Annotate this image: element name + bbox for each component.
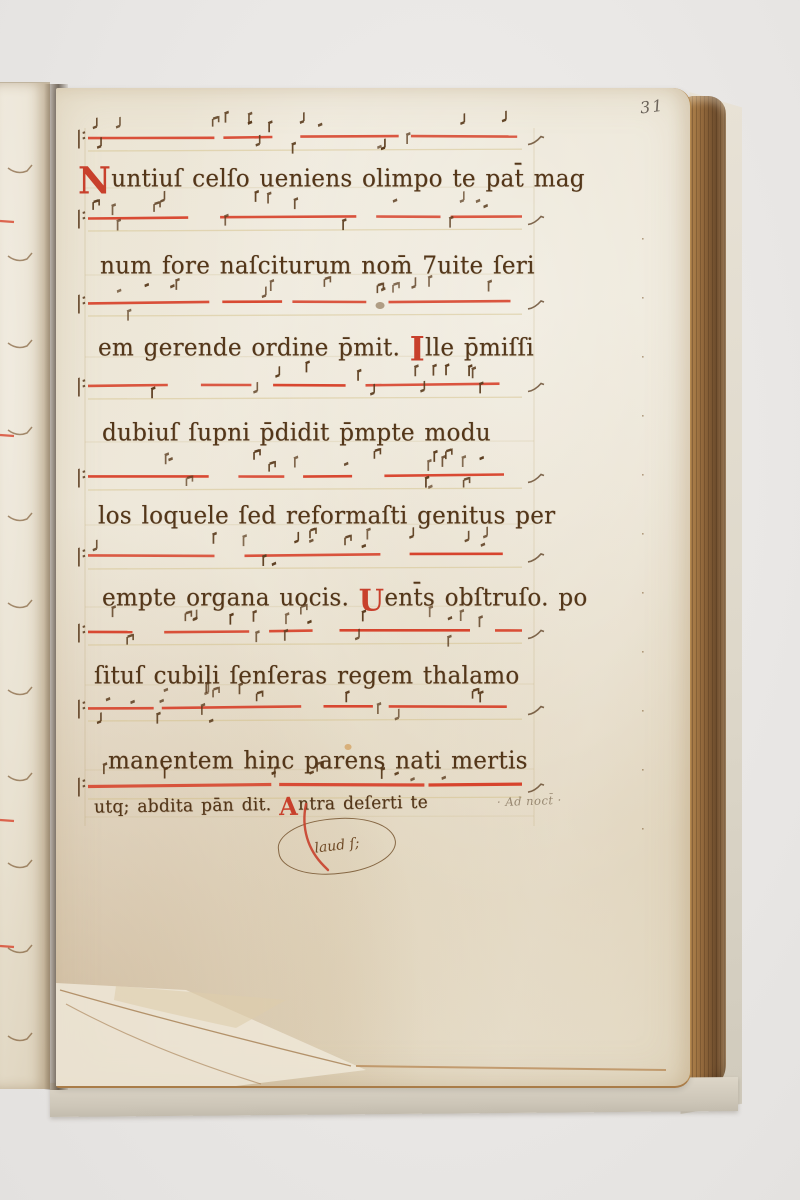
custos-mark <box>528 784 544 792</box>
neume <box>262 554 267 566</box>
neume <box>342 218 347 230</box>
facing-page-mark <box>8 427 32 434</box>
neume <box>476 199 481 203</box>
neume <box>449 216 454 228</box>
neume <box>144 283 149 287</box>
neume <box>168 457 173 461</box>
neume <box>209 719 214 723</box>
neume <box>445 363 450 375</box>
neume <box>345 690 350 702</box>
neume <box>427 459 432 471</box>
pricking-dot <box>642 356 644 358</box>
neume <box>425 476 430 488</box>
neume <box>185 610 193 621</box>
facing-page-mark <box>8 687 32 694</box>
neume <box>253 449 261 460</box>
custos-mark <box>528 383 544 391</box>
neume <box>461 455 466 467</box>
neume <box>126 634 134 645</box>
neume <box>97 712 102 724</box>
pricking-dot <box>642 592 644 594</box>
clef-mark <box>78 130 85 149</box>
verse-text: ſituſ cubili ſenſeras regem thalamo <box>94 662 519 689</box>
custos-mark <box>528 137 544 145</box>
custos-mark <box>528 554 544 562</box>
neume <box>441 776 446 780</box>
neume <box>151 386 156 398</box>
red-initial-u: U <box>359 582 385 617</box>
neume <box>159 699 164 703</box>
neume <box>224 214 229 226</box>
facing-page-mark <box>8 860 32 867</box>
margin-note: · Ad noct̄ · <box>497 793 562 809</box>
clef-mark <box>78 295 85 314</box>
neume <box>420 381 425 393</box>
neume <box>307 620 312 624</box>
facing-page-mark <box>8 773 32 780</box>
neume <box>483 204 488 208</box>
verse-text: untiuſ celſo ueniens olimpo te pat̄ mag <box>111 165 585 192</box>
neume <box>93 540 98 552</box>
facing-page-mark <box>0 820 14 821</box>
verse-line: dubiuſ ſupni p̄didit p̄mpte modu <box>102 419 491 446</box>
neume <box>305 360 310 372</box>
neume <box>406 132 411 144</box>
neume <box>481 543 486 547</box>
facing-page-sliver <box>0 82 50 1089</box>
neume <box>285 612 290 624</box>
music-system <box>74 271 554 335</box>
facing-page-mark <box>8 253 32 260</box>
facing-page-mark <box>8 165 32 172</box>
neume <box>269 279 274 291</box>
verse-line: ſituſ cubili ſenſeras regem thalamo <box>94 662 519 689</box>
neume <box>268 120 273 132</box>
pricking-dot <box>642 710 644 712</box>
neume <box>381 139 386 151</box>
facing-page-mark <box>0 946 14 947</box>
verse-text: num fore naſciturum nom̄ 7uite ſeri <box>100 252 535 279</box>
neume <box>156 712 161 724</box>
neume <box>93 117 98 129</box>
verse-line: em gerende ordine p̄mit. Ille p̄miſſi <box>98 334 534 361</box>
neume <box>175 278 180 290</box>
facing-page-mark <box>8 340 32 347</box>
verse-text: empte organa uocis. <box>102 584 359 611</box>
manuscript-photo: { "folio_number": "31", "margin_note": "… <box>0 0 800 1200</box>
neume <box>212 532 217 544</box>
neume <box>441 455 446 467</box>
neume <box>377 282 385 293</box>
neume <box>275 366 280 378</box>
facing-page-mark <box>8 1033 32 1040</box>
neume <box>212 116 220 127</box>
neume <box>117 289 122 293</box>
neume <box>293 456 298 468</box>
verse-text: los loquele ſed reformaſti genitus per <box>98 502 555 529</box>
neume <box>344 534 352 545</box>
facing-page-mark <box>8 600 32 607</box>
neume <box>478 615 483 627</box>
neume <box>293 197 298 209</box>
neume <box>433 450 438 462</box>
pricking-dot <box>642 828 644 830</box>
music-system <box>74 445 554 509</box>
neume <box>272 562 277 566</box>
neume <box>127 309 132 321</box>
neume <box>479 381 484 393</box>
neume <box>460 191 465 203</box>
neume <box>130 700 135 704</box>
neume <box>393 198 398 202</box>
neume <box>395 709 400 721</box>
pricking-dot <box>642 474 644 476</box>
neume <box>432 364 437 376</box>
verse-line: manentem hinc parens nati mertis <box>108 747 528 774</box>
neume <box>253 382 258 394</box>
neume <box>283 629 288 641</box>
neume <box>300 112 305 124</box>
neume <box>448 616 453 620</box>
pricking-dot <box>642 769 644 771</box>
verse-text: lle p̄miſſi <box>425 334 534 361</box>
neume <box>291 142 296 154</box>
neume <box>410 777 415 781</box>
neume <box>201 703 206 715</box>
neume <box>106 697 111 701</box>
verse-line: los loquele ſed reformaſti genitus per <box>98 502 555 529</box>
music-system <box>74 106 554 170</box>
custos-mark <box>528 301 544 309</box>
clef-mark <box>78 469 85 488</box>
pricking-dot <box>642 651 644 653</box>
neume <box>464 531 469 543</box>
clef-mark <box>78 624 85 643</box>
neume <box>463 477 471 488</box>
neume <box>471 366 476 378</box>
neume <box>160 191 165 203</box>
neume <box>268 461 276 472</box>
neume <box>344 462 349 466</box>
pricking-dot <box>642 415 644 417</box>
pricking-dot <box>642 297 644 299</box>
clef-mark <box>78 210 85 229</box>
neume <box>153 201 161 212</box>
neume <box>357 369 362 381</box>
neume <box>294 532 299 544</box>
neume <box>229 613 234 625</box>
verse-text: utq; abdita pān dit. <box>94 794 279 817</box>
clef-mark <box>78 778 85 797</box>
neume <box>479 690 484 702</box>
verse-text: dubiuſ ſupni p̄didit p̄mpte modu <box>102 419 491 446</box>
neume <box>262 286 267 298</box>
neume <box>242 534 247 546</box>
facing-page-mark <box>0 221 14 222</box>
verse-text: em gerende ordine p̄mit. <box>98 334 410 361</box>
music-system <box>74 524 554 588</box>
red-initial-n: N <box>78 159 111 203</box>
custos-mark <box>528 216 544 224</box>
neume <box>361 544 366 548</box>
neume <box>116 117 121 129</box>
pricking-dot <box>642 238 644 240</box>
neume <box>377 702 382 714</box>
neume <box>252 610 257 622</box>
neume <box>487 279 492 291</box>
pricking-dot <box>642 533 644 535</box>
verse-line: empte organa uocis. Uent̄s obſtruſo. po <box>102 584 588 611</box>
facing-page-mark <box>0 435 14 436</box>
clef-mark <box>78 378 85 397</box>
red-initial-i: I <box>410 329 425 369</box>
music-system <box>74 186 554 250</box>
neume <box>170 284 175 288</box>
custos-mark <box>528 474 544 482</box>
clef-mark <box>78 548 85 567</box>
neume <box>447 635 452 647</box>
verse-line: Nuntiuſ celſo ueniens olimpo te pat̄ mag <box>78 165 585 192</box>
neume <box>374 448 382 459</box>
neume <box>309 539 314 543</box>
facing-page-neume-marks <box>0 83 50 1089</box>
custos-mark <box>528 630 544 638</box>
folio-number: 31 <box>639 96 665 118</box>
neume <box>445 448 453 459</box>
neume <box>111 203 116 215</box>
facing-page-mark <box>8 513 32 520</box>
neume <box>224 111 229 123</box>
verse-text: manentem hinc parens nati mertis <box>108 747 528 774</box>
neume <box>256 690 264 701</box>
neume <box>116 218 121 230</box>
neume <box>103 762 108 774</box>
neume <box>392 282 400 293</box>
neume <box>502 111 507 123</box>
neume <box>318 123 323 127</box>
page-bottom-edge <box>356 1066 666 1070</box>
initial-descender <box>288 800 368 890</box>
neume <box>164 452 169 464</box>
neume <box>255 630 260 642</box>
clef-mark <box>78 700 85 719</box>
verse-line: num fore naſciturum nom̄ 7uite ſeri <box>100 252 535 279</box>
neume <box>479 456 484 460</box>
verse-text: ent̄s obſtruſo. po <box>384 584 587 611</box>
neume <box>267 191 272 203</box>
music-system <box>74 354 554 418</box>
neume <box>460 113 465 125</box>
custos-mark <box>528 707 544 715</box>
